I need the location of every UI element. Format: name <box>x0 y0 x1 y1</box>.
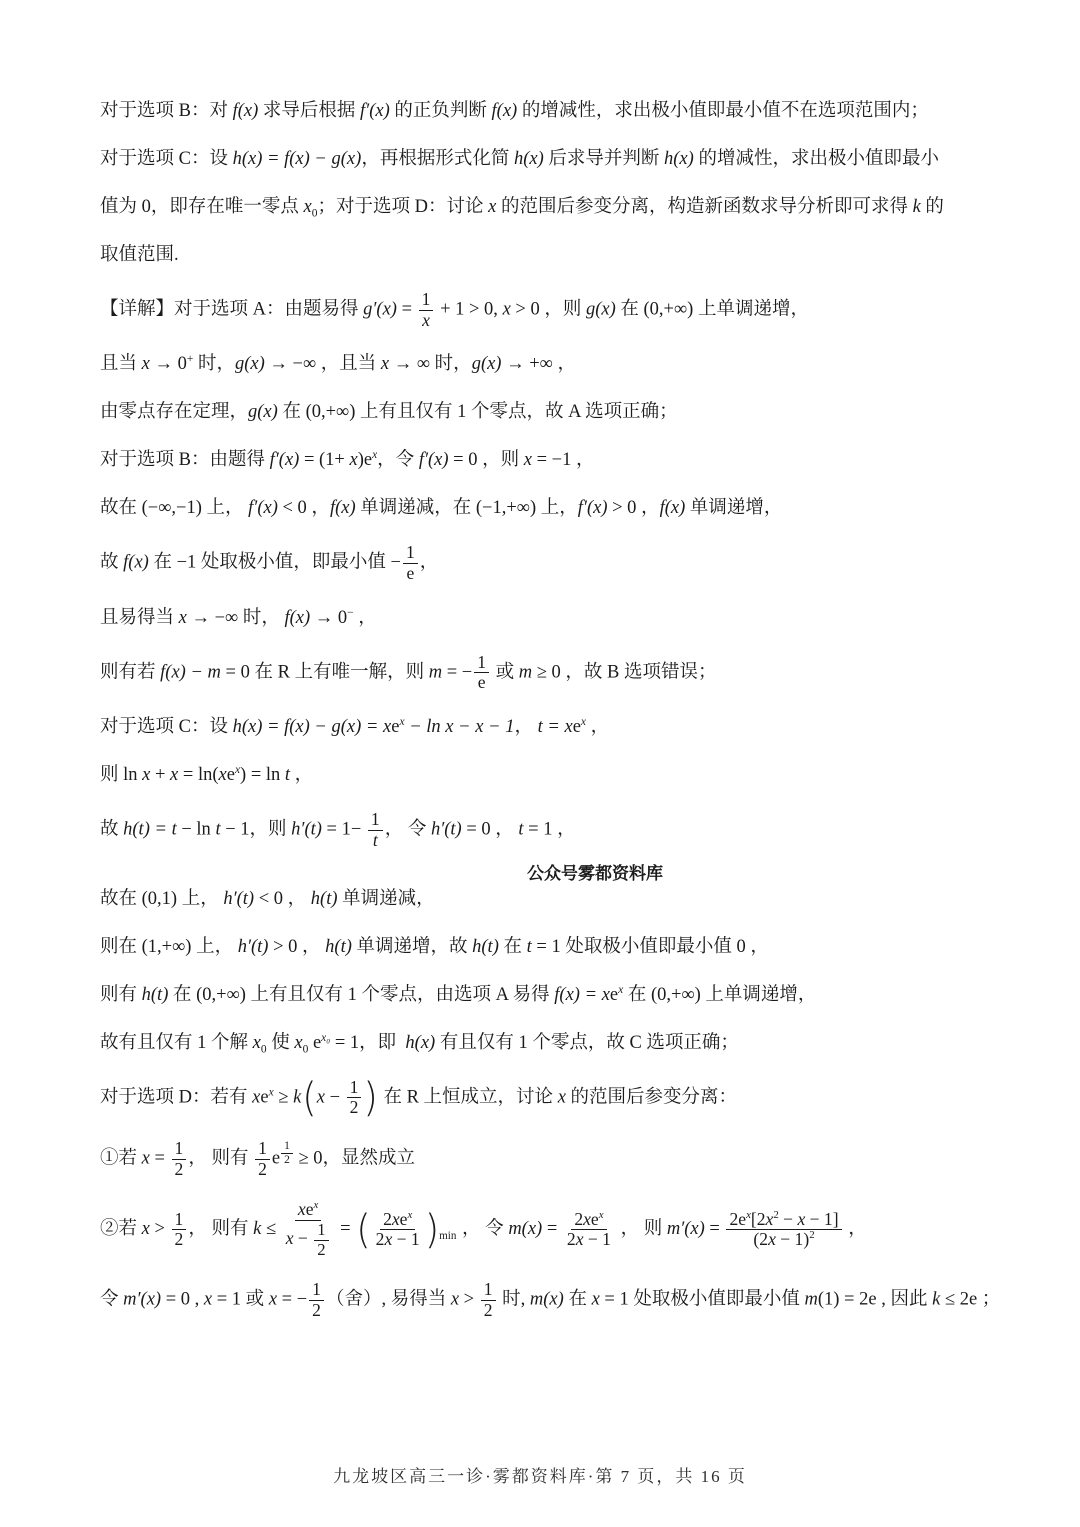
math-italic-run: x <box>599 1209 604 1221</box>
text-run: = ln( <box>178 765 218 785</box>
math-italic-run: x <box>392 1209 400 1229</box>
text-run: 2e <box>729 1209 746 1229</box>
text-run: e <box>260 1087 268 1107</box>
math-italic-run: m(x) <box>530 1290 564 1310</box>
text-run: ，令 <box>377 450 419 470</box>
text-run: → 0 <box>310 608 347 628</box>
text-run: − 1 <box>583 1229 610 1249</box>
text-run: 单调递减，在 (−1,+∞) 上， <box>356 498 578 518</box>
text-run: 在 <box>564 1290 592 1310</box>
superscript: x₀ <box>321 1031 330 1043</box>
fraction: 1x <box>419 290 434 330</box>
text-run: 对于选项 D：若有 <box>100 1087 252 1107</box>
text-run: 在 (0,+∞) 上单调递增， <box>616 299 809 319</box>
text-run: e <box>573 717 581 737</box>
math-italic-run: k <box>913 197 921 217</box>
text-run: 2 <box>809 1229 814 1241</box>
fraction: 2xex2x − 1 <box>373 1210 423 1250</box>
text-line: 则有 h(t) 在 (0,+∞) 上有且仅有 1 个零点，由选项 A 易得 f(… <box>100 982 1000 1009</box>
text-run: 2 <box>383 1209 392 1229</box>
text-run: 故有且仅有 1 个解 <box>100 1033 253 1053</box>
math-italic-run: f(x) = x <box>554 985 610 1005</box>
paren-subscript: min <box>439 1223 456 1250</box>
text-run: (1) = 2e , 因此 <box>818 1290 932 1310</box>
text-line: 值为 0，即存在唯一零点 x0；对于选项 D：讨论 x 的范围后参变分离，构造新… <box>100 194 1000 221</box>
text-run: （舍）, 易得当 <box>326 1290 451 1310</box>
page-footer: 九龙坡区高三一诊·雾都资料库·第 7 页，共 16 页 <box>0 1462 1080 1487</box>
math-italic-run: x <box>204 1290 212 1310</box>
fraction: 2ex[2x2 − x − 1](2x − 1)2 <box>726 1210 841 1250</box>
text-run: )e <box>358 450 372 470</box>
text-run: = 0 ，则 <box>449 450 524 470</box>
fraction: 1t <box>368 810 383 850</box>
text-run: (2 <box>753 1229 768 1249</box>
text-line: 且易得当 x → −∞ 时， f(x) → 0− ， <box>100 605 1000 632</box>
fraction: 12 <box>281 1140 293 1167</box>
text-line: 【详解】对于选项 A：由题易得 g′(x) = 1x + 1 > 0, x > … <box>100 290 1000 330</box>
text-run: 1 <box>406 542 415 562</box>
fraction: 1e <box>403 543 418 583</box>
superscript: 12 <box>280 1147 294 1159</box>
math-italic-run: h(t) <box>472 937 499 957</box>
text-run: 对于选项 B：对 <box>100 101 233 121</box>
text-run: e <box>591 1209 599 1229</box>
math-italic-run: h(x) <box>664 149 694 169</box>
text-run: 的范围后参变分离，构造新函数求导分析即可求得 <box>496 197 912 217</box>
text-run: e <box>227 765 235 785</box>
text-line: 则在 (1,+∞) 上， h′(t) > 0 ， h(t) 单调递增，故 h(t… <box>100 934 1000 961</box>
text-run: ；对于选项 D：讨论 <box>317 197 488 217</box>
text-run: 2 <box>574 1209 583 1229</box>
math-italic-run: m′(x) <box>667 1219 705 1239</box>
math-italic-run: x <box>142 354 150 374</box>
math-italic-run: m(x) <box>508 1219 542 1239</box>
text-run: 的增减性，求出极小值即最小 <box>694 149 939 169</box>
math-italic-run: f(x) <box>330 498 356 518</box>
text-run: = 1 处取极小值即最小值 0 ， <box>532 937 769 957</box>
text-line: 对于选项 C：设 h(x) = f(x) − g(x) = xex − ln x… <box>100 714 1000 741</box>
text-run: − <box>294 1228 313 1248</box>
math-italic-run: x <box>524 450 532 470</box>
math-italic-run: h′(t) <box>291 820 322 840</box>
fraction: 12 <box>255 1139 270 1179</box>
text-run: e <box>610 985 618 1005</box>
text-run: 由零点存在定理， <box>100 402 248 422</box>
fraction: 12 <box>309 1280 324 1320</box>
math-italic-run: h(t) <box>142 985 169 1005</box>
math-italic-run: f(x) <box>123 553 149 573</box>
text-run: > 0 ， <box>608 498 660 518</box>
text-line: 对于选项 B：对 f(x) 求导后根据 f′(x) 的正负判断 f(x) 的增减… <box>100 98 1000 125</box>
math-italic-run: h(x) <box>405 1033 435 1053</box>
watermark: 公众号雾都资料库 <box>100 862 1000 886</box>
text-run: = 1− <box>322 820 366 840</box>
text-run: ， <box>290 765 313 785</box>
text-run: − <box>779 1209 798 1229</box>
text-line: 故在 (−∞,−1) 上， f′(x) < 0 ，f(x) 单调递减，在 (−1… <box>100 495 1000 522</box>
text-run: 故 <box>100 553 123 573</box>
math-italic-run: f′(x) <box>248 498 278 518</box>
text-run: e <box>478 672 486 692</box>
text-run: + 1 > 0, <box>435 299 502 319</box>
text-run: 取值范围. <box>100 245 179 265</box>
text-run: e <box>272 1148 280 1168</box>
text-run: 2 <box>284 1154 290 1166</box>
text-line: 取值范围. <box>100 242 1000 269</box>
text-run: = <box>542 1219 562 1239</box>
text-run: 求导后根据 <box>258 101 360 121</box>
math-italic-run: x₀ <box>321 1031 330 1043</box>
math-italic-run: t <box>373 830 378 850</box>
text-line: 故 f(x) 在 −1 处取极小值，即最小值 −1e， <box>100 543 1000 583</box>
text-line: 由零点存在定理，g(x) 在 (0,+∞) 上有且仅有 1 个零点，故 A 选项… <box>100 399 1000 426</box>
math-italic-run: x <box>294 1033 302 1053</box>
text-run: ， <box>420 553 439 573</box>
text-run: 的 <box>921 197 944 217</box>
text-run: → 0 <box>150 354 187 374</box>
text-line: ①若 x = 12， 则有 12e12 ≥ 0，显然成立 <box>100 1139 1000 1179</box>
text-run: − 1) <box>776 1229 809 1249</box>
text-run: 1 <box>422 289 431 309</box>
text-run: 1 <box>317 1220 325 1239</box>
math-italic-run: x <box>142 1148 150 1168</box>
text-run: − ln <box>177 820 216 840</box>
fraction: 12 <box>172 1139 187 1179</box>
text-run: ， <box>354 608 377 628</box>
parenthesized-group: (x − 12) <box>302 1078 378 1118</box>
text-run: = − <box>277 1290 307 1310</box>
text-run: → −∞ 时， <box>187 608 285 628</box>
superscript: x <box>407 1209 412 1221</box>
fraction: 12 <box>314 1221 328 1259</box>
text-line: 对于选项 B：由题得 f′(x) = (1+ x)ex，令 f′(x) = 0 … <box>100 447 1000 474</box>
text-run: ， 则有 <box>188 1148 253 1168</box>
text-run: ， 令 <box>385 820 431 840</box>
text-run: = 1，即 <box>330 1033 405 1053</box>
math-italic-run: h(t) <box>311 889 338 909</box>
solution-text-block: 对于选项 B：对 f(x) 求导后根据 f′(x) 的正负判断 f(x) 的增减… <box>100 98 1000 1342</box>
text-run: ≤ <box>261 1219 280 1239</box>
text-run: 则在 (1,+∞) 上， <box>100 937 238 957</box>
fraction: 2xex2x − 1 <box>564 1210 614 1250</box>
text-run: 2 <box>175 1159 184 1179</box>
math-italic-run: f(x) <box>660 498 686 518</box>
text-run: 在 −1 处取极小值，即最小值 − <box>149 553 401 573</box>
text-run: e <box>406 563 414 583</box>
text-run: < 0 ， <box>254 889 311 909</box>
math-italic-run: x <box>286 1228 294 1248</box>
text-run: [2 <box>751 1209 766 1229</box>
math-italic-run: f′(x) <box>270 450 300 470</box>
text-run: 2 <box>567 1229 576 1249</box>
math-italic-run: h(x) <box>514 149 544 169</box>
math-italic-run: x <box>583 1209 591 1229</box>
text-run: ，再根据形式化简 <box>361 149 514 169</box>
math-italic-run: x <box>314 1199 319 1211</box>
text-run: 则有 <box>100 985 142 1005</box>
superscript: x <box>599 1209 604 1221</box>
text-run: 1 <box>175 1138 184 1158</box>
text-run: > 0 ， <box>268 937 325 957</box>
text-run: ， <box>586 717 609 737</box>
text-run: 2 <box>175 1229 184 1249</box>
text-run: ≥ 0 ，故 B 选项错误； <box>532 662 716 682</box>
math-italic-run: f(x) <box>284 608 310 628</box>
text-run: → −∞ ，且当 <box>265 354 381 374</box>
fraction: 12 <box>172 1210 187 1250</box>
text-run: = 1 ， <box>524 820 576 840</box>
text-run: 2 <box>317 1240 325 1259</box>
text-run: 且当 <box>100 354 142 374</box>
math-italic-run: − ln x − x − 1 <box>405 717 515 737</box>
math-italic-run: m <box>519 662 532 682</box>
math-italic-run: g(x) <box>472 354 502 374</box>
math-italic-run: g(x) <box>248 402 278 422</box>
text-run: 2 <box>484 1300 493 1320</box>
text-run: 单调递增， <box>685 498 782 518</box>
text-line: 故有且仅有 1 个解 x0 使 x0 ex₀ = 1，即 h(x) 有且仅有 1… <box>100 1030 1000 1057</box>
text-run: 1 <box>258 1138 267 1158</box>
text-run: → ∞ 时， <box>389 354 472 374</box>
math-italic-run: k <box>293 1087 301 1107</box>
math-italic-run: h′(t) <box>431 820 462 840</box>
text-run: 使 <box>267 1033 295 1053</box>
text-run: 则 ln <box>100 765 142 785</box>
text-run: 1 <box>484 1279 493 1299</box>
text-run: 在 (0,+∞) 上单调递增， <box>623 985 816 1005</box>
math-italic-run: x <box>407 1209 412 1221</box>
math-italic-run: h(t) = t <box>123 820 177 840</box>
text-run: 1 <box>350 1077 359 1097</box>
math-italic-run: h(x) = f(x) − g(x) <box>233 149 362 169</box>
text-run: 在 (0,+∞) 上有且仅有 1 个零点，由选项 A 易得 <box>168 985 554 1005</box>
text-run: 在 <box>499 937 527 957</box>
math-italic-run: g(x) <box>586 299 616 319</box>
math-italic-run: x <box>304 197 312 217</box>
math-italic-run: h′(t) <box>238 937 269 957</box>
text-line: 则 ln x + x = ln(xex) = ln t ， <box>100 762 1000 789</box>
text-run: 2 <box>350 1097 359 1117</box>
text-run: ) = ln <box>240 765 285 785</box>
text-run: ， 则有 <box>188 1219 253 1239</box>
text-run: 1 <box>284 1140 290 1152</box>
math-italic-run: x <box>422 310 430 330</box>
text-run: ②若 <box>100 1219 142 1239</box>
text-run: 有且仅有 1 个零点，故 C 选项正确； <box>435 1033 739 1053</box>
math-italic-run: x <box>558 1087 566 1107</box>
math-italic-run: x <box>253 1033 261 1053</box>
text-line: ②若 x > 12， 则有 k ≤ xexx − 12 = (2xex2x − … <box>100 1200 1000 1259</box>
text-run: − 1 <box>392 1229 419 1249</box>
text-run: 1 <box>477 652 486 672</box>
text-run: 时， <box>193 354 235 374</box>
text-line: 故在 (0,1) 上， h′(t) < 0 ， h(t) 单调递减， <box>100 886 1000 913</box>
text-run: ≥ 0，显然成立 <box>294 1148 415 1168</box>
text-run: 后求导并判断 <box>544 149 664 169</box>
text-run: 单调递增，故 <box>352 937 472 957</box>
math-italic-run: f′(x) <box>578 498 608 518</box>
math-italic-run: f′(x) <box>360 101 390 121</box>
text-run: 1 <box>175 1209 184 1229</box>
math-italic-run: x <box>768 1229 776 1249</box>
text-run: = 0 ， <box>462 820 519 840</box>
text-run: 的增减性，求出极小值即最小值不在选项范围内； <box>517 101 929 121</box>
text-run: 单调递减， <box>338 889 435 909</box>
text-run: ， <box>844 1219 867 1239</box>
text-run: 故在 (0,1) 上， <box>100 889 223 909</box>
text-line: 则有若 f(x) − m = 0 在 R 上有唯一解，则 m = −1e 或 m… <box>100 653 1000 693</box>
math-italic-run: x <box>179 608 187 628</box>
math-italic-run: x <box>381 354 389 374</box>
text-run: = −1 ， <box>532 450 595 470</box>
math-italic-run: x <box>219 765 227 785</box>
text-line: 对于选项 C：设 h(x) = f(x) − g(x)，再根据形式化简 h(x)… <box>100 146 1000 173</box>
text-run: 1 <box>371 809 380 829</box>
fraction: 12 <box>481 1280 496 1320</box>
text-run: 【详解】对于选项 A：由题易得 <box>100 299 363 319</box>
text-run: = <box>397 299 417 319</box>
text-run: ， 则 <box>616 1219 667 1239</box>
text-run: 对于选项 B：由题得 <box>100 450 270 470</box>
text-run: 2 <box>258 1159 267 1179</box>
math-italic-run: m <box>804 1290 817 1310</box>
text-run: > <box>150 1219 170 1239</box>
text-run: ≤ 2e ； <box>940 1290 1000 1310</box>
text-run: 的正负判断 <box>390 101 492 121</box>
text-run: e <box>306 1199 314 1219</box>
document-page: 对于选项 B：对 f(x) 求导后根据 f′(x) 的正负判断 f(x) 的增减… <box>0 0 1080 1527</box>
text-run: 对于选项 C：设 <box>100 149 233 169</box>
math-italic-run: x <box>592 1290 600 1310</box>
text-run: = − <box>442 662 472 682</box>
math-italic-run: m <box>429 662 442 682</box>
text-run: 在 (0,+∞) 上有且仅有 1 个零点，故 A 选项正确； <box>278 402 678 422</box>
math-italic-run: g′(x) <box>363 299 397 319</box>
text-run: 或 <box>491 662 519 682</box>
math-italic-run: x <box>349 450 357 470</box>
math-italic-run: f′(x) <box>419 450 449 470</box>
text-run: 2 <box>312 1300 321 1320</box>
parenthesized-group: (2xex2x − 1)min <box>356 1210 456 1250</box>
text-run: 1 <box>312 1279 321 1299</box>
fraction: 1e <box>474 653 489 693</box>
text-run: = (1+ <box>299 450 349 470</box>
math-italic-run: x <box>269 1290 277 1310</box>
math-italic-run: x <box>298 1199 306 1219</box>
text-run: − 1] <box>805 1209 838 1229</box>
text-run: = 1 处取极小值即最小值 <box>600 1290 805 1310</box>
text-run: 时, <box>498 1290 530 1310</box>
math-italic-run: f(x) − m <box>160 662 221 682</box>
superscript: x <box>314 1199 319 1211</box>
text-run: = 0 , <box>161 1290 204 1310</box>
text-line: 故 h(t) = t − ln t − 1，则 h′(t) = 1− 1t， 令… <box>100 810 1000 850</box>
math-italic-run: h′(t) <box>223 889 254 909</box>
text-run: ①若 <box>100 1148 142 1168</box>
text-run: → +∞ ， <box>501 354 576 374</box>
text-run: − 1，则 <box>221 820 292 840</box>
text-run: = <box>150 1148 170 1168</box>
text-run: + <box>150 765 170 785</box>
math-italic-run: x <box>142 1219 150 1239</box>
text-line: 对于选项 D：若有 xex ≥ k(x − 12) 在 R 上恒成立，讨论 x … <box>100 1078 1000 1118</box>
text-run: min <box>439 1230 456 1242</box>
math-italic-run: t = x <box>538 717 573 737</box>
math-italic-run: h(x) = f(x) − g(x) = x <box>233 717 392 737</box>
text-run: ， 令 <box>457 1219 508 1239</box>
text-run: = <box>336 1219 356 1239</box>
text-run: 则有若 <box>100 662 160 682</box>
text-run: 令 <box>100 1290 123 1310</box>
text-run: ≥ <box>274 1087 293 1107</box>
math-italic-run: f(x) <box>492 101 518 121</box>
text-run: = <box>705 1219 725 1239</box>
text-run: = 0 在 R 上有唯一解，则 <box>221 662 429 682</box>
math-italic-run: f(x) <box>233 101 259 121</box>
text-run: 的范围后参变分离： <box>566 1087 737 1107</box>
text-run: 故在 (−∞,−1) 上， <box>100 498 248 518</box>
text-run: 且易得当 <box>100 608 179 628</box>
text-run: e <box>308 1033 321 1053</box>
text-run: 在 R 上恒成立，讨论 <box>379 1087 558 1107</box>
fraction: xexx − 12 <box>283 1200 334 1259</box>
text-line: 且当 x → 0+ 时，g(x) → −∞ ，且当 x → ∞ 时，g(x) →… <box>100 351 1000 378</box>
superscript: 2 <box>809 1229 814 1241</box>
text-run: 对于选项 C：设 <box>100 717 233 737</box>
math-italic-run: x <box>317 1087 325 1107</box>
math-italic-run: x <box>503 299 511 319</box>
math-italic-run: x <box>451 1290 459 1310</box>
text-run: ， <box>514 717 537 737</box>
text-line: 令 m′(x) = 0 , x = 1 或 x = −12（舍）, 易得当 x … <box>100 1280 1000 1320</box>
text-run: 值为 0，即存在唯一零点 <box>100 197 304 217</box>
text-run: = 1 或 <box>212 1290 269 1310</box>
text-run: 公众号雾都资料库 <box>527 864 663 884</box>
math-italic-run: m′(x) <box>123 1290 161 1310</box>
text-run: > <box>459 1290 479 1310</box>
math-italic-run: h(t) <box>325 937 352 957</box>
fraction: 12 <box>347 1078 362 1118</box>
text-run: − <box>325 1087 345 1107</box>
text-run: 故 <box>100 820 123 840</box>
math-italic-run: g(x) <box>235 354 265 374</box>
text-run: > 0 ，则 <box>511 299 586 319</box>
text-run: < 0 ， <box>278 498 330 518</box>
